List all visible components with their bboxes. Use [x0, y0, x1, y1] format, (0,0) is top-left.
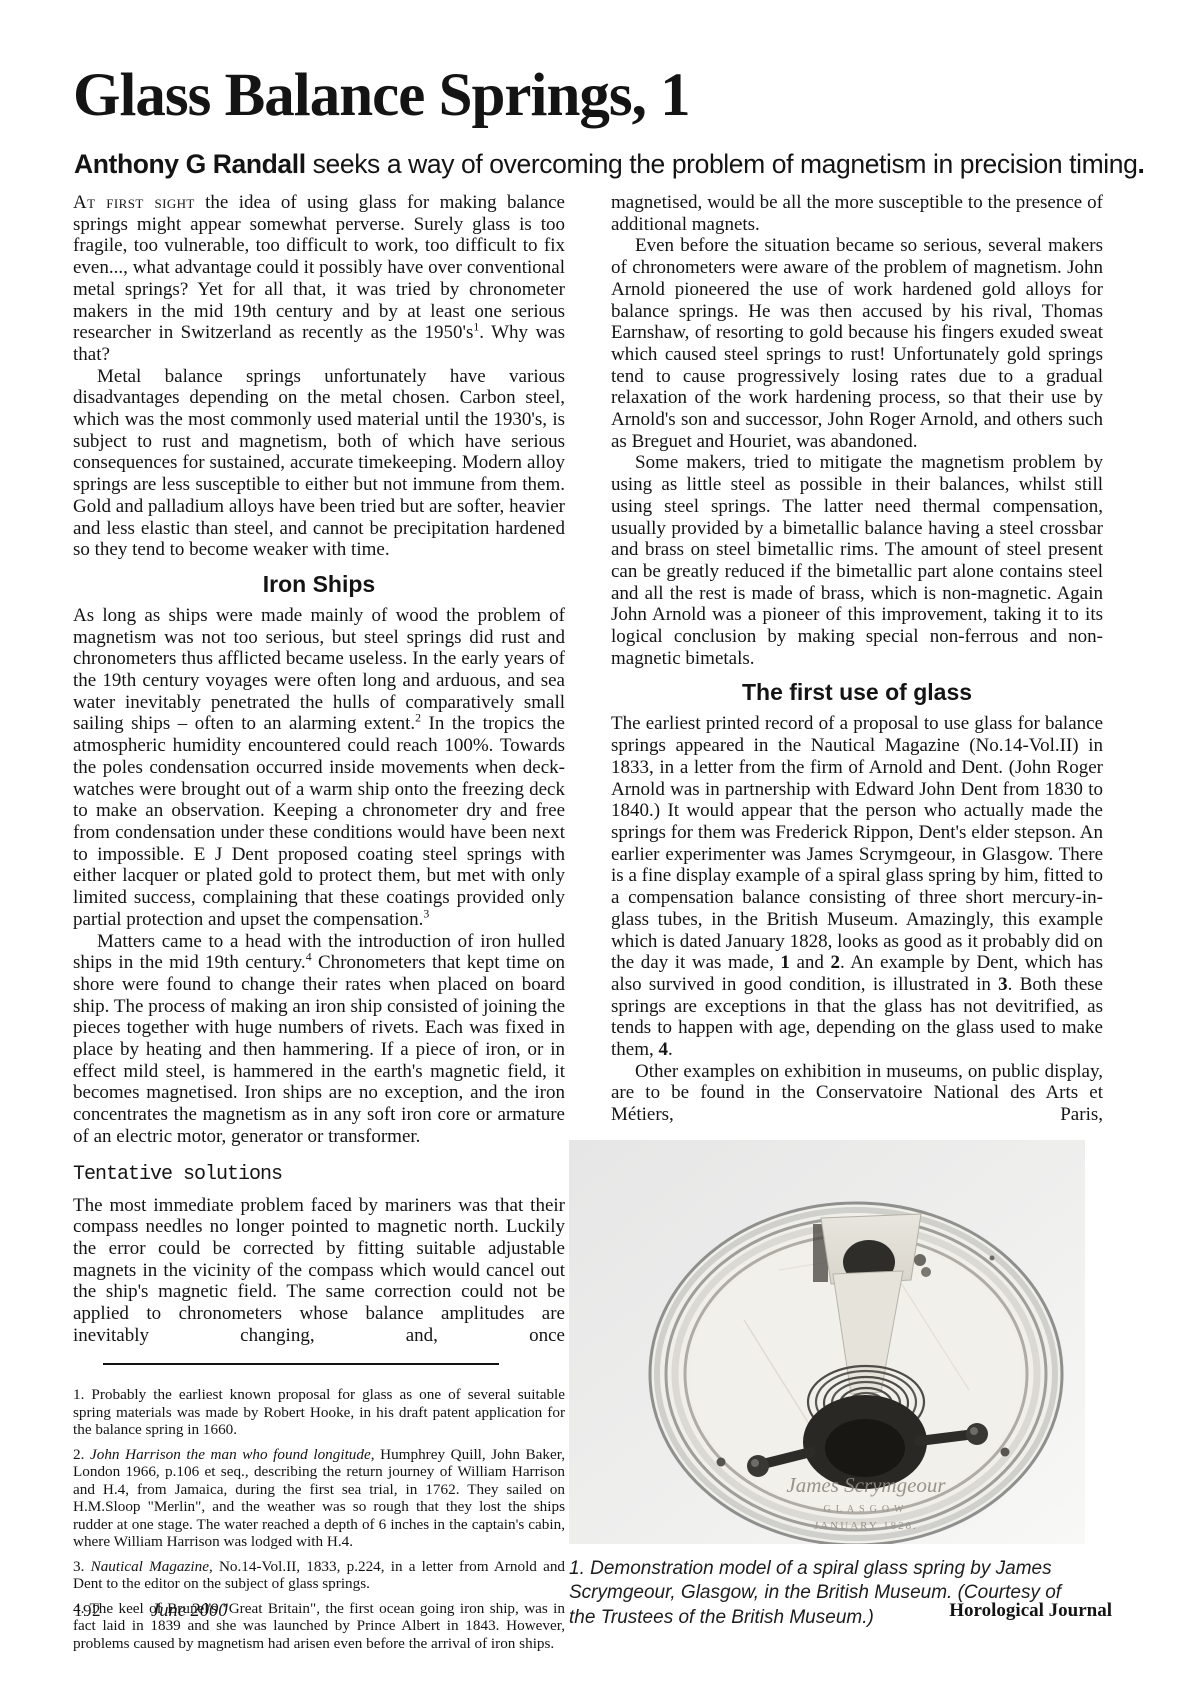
balance-photo-image: James Scrymgeour GLASGOW JANUARY 1828.	[569, 1140, 1085, 1544]
engraving-maker-name: James Scrymgeour	[786, 1473, 946, 1497]
para-john-arnold: Even before the situation became so seri…	[611, 235, 1103, 452]
article-title: Glass Balance Springs, 1	[73, 64, 690, 128]
page-number: 192	[74, 1601, 101, 1621]
engraving-date: JANUARY 1828.	[814, 1520, 918, 1532]
left-column: At first sight the idea of using glass f…	[73, 192, 565, 1659]
section-heading-iron-ships: Iron Ships	[73, 571, 565, 598]
issue-date: June 2000	[151, 1601, 228, 1622]
figure-photo: James Scrymgeour GLASGOW JANUARY 1828.	[569, 1140, 1085, 1544]
para-at-first-sight: At first sight the idea of using glass f…	[73, 192, 565, 366]
para-earliest-record: The earliest printed record of a proposa…	[611, 713, 1103, 1060]
journal-name: Horological Journal	[949, 1600, 1112, 1622]
para-bimetallic: Some makers, tried to mitigate the magne…	[611, 452, 1103, 669]
footnote-3: 3. Nautical Magazine, No.14-Vol.II, 1833…	[73, 1558, 565, 1593]
footnote-divider	[103, 1363, 499, 1365]
para-iron-hulled: Matters came to a head with the introduc…	[73, 931, 565, 1148]
section-heading-first-use-of-glass: The first use of glass	[611, 679, 1103, 706]
screw-hole-left	[717, 1457, 726, 1466]
page: Glass Balance Springs, 1 Anthony G Randa…	[0, 0, 1191, 1684]
screw-hole-right	[1001, 1447, 1010, 1456]
engraving-city: GLASGOW	[824, 1504, 909, 1515]
footnote-1: 1. Probably the earliest known proposal …	[73, 1386, 565, 1439]
para-wooden-ships: As long as ships were made mainly of woo…	[73, 605, 565, 931]
para-magnetised-continuation: magnetised, would be all the more suscep…	[611, 192, 1103, 235]
footnote-2: 2. John Harrison the man who found longi…	[73, 1446, 565, 1551]
section-heading-tentative-solutions: Tentative solutions	[73, 1163, 565, 1186]
speck	[990, 1255, 995, 1260]
right-column: magnetised, would be all the more suscep…	[611, 192, 1103, 1659]
article-columns: At first sight the idea of using glass f…	[73, 192, 1108, 1659]
para-metal-springs: Metal balance springs unfortunately have…	[73, 366, 565, 561]
para-other-examples: Other examples on exhibition in museums,…	[611, 1061, 1103, 1126]
bracket-hinge-screw	[914, 1254, 926, 1266]
article-byline: Anthony G Randall seeks a way of overcom…	[74, 149, 1114, 180]
para-compass-correction: The most immediate problem faced by mari…	[73, 1195, 565, 1347]
balance-arm-right	[919, 1435, 967, 1441]
page-footer: 192 June 2000 Horological Journal	[74, 1600, 1112, 1622]
